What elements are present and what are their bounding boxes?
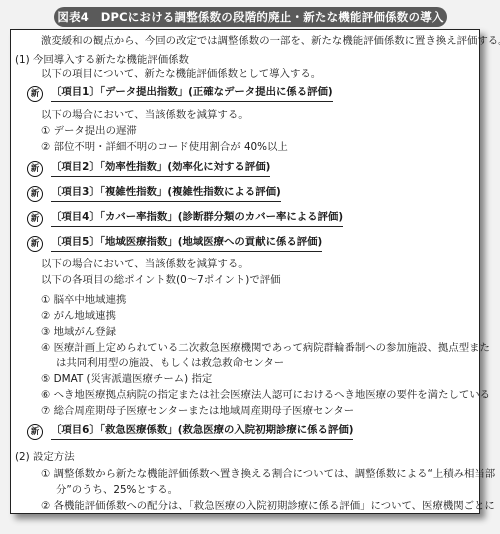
item-5-condition-5: ⑤ DMAT (災害派遣医療チーム) 指定: [41, 372, 212, 386]
item-2: 新 〔項目2〕「効率性指数」(効率化に対する評価): [27, 160, 270, 178]
new-badge-icon: 新: [27, 424, 43, 440]
item-1-condition-1: ① データ提出の遅滞: [41, 124, 137, 138]
section2-point-2: ② 各機能評価係数への配分は、「救急医療の入院初期診療に係る評価」について、医療…: [41, 499, 495, 513]
item-5-condition-1: ① 脳卒中地域連携: [41, 293, 126, 307]
item-1-condition-2: ② 部位不明・詳細不明のコード使用割合が 40%以上: [41, 140, 288, 154]
new-badge-icon: 新: [27, 161, 43, 177]
item-5-condition-3: ③ 地域がん登録: [41, 325, 116, 339]
item-5-label: 〔項目5〕「地域医療指数」(地域医療への貢献に係る評価): [51, 236, 322, 252]
section2-heading: (2) 設定方法: [15, 450, 75, 464]
item-4: 新 〔項目4〕「カバー率指数」(診断群分類のカバー率による評価): [27, 210, 343, 228]
item-2-label: 〔項目2〕「効率性指数」(効率化に対する評価): [51, 161, 270, 177]
item-3: 新 〔項目3〕「複雑性指数」(複雑性指数による評価): [27, 185, 281, 203]
item-5-note-1: 以下の場合において、当該係数を減算する。: [41, 257, 249, 271]
item-4-label: 〔項目4〕「カバー率指数」(診断群分類のカバー率による評価): [51, 211, 343, 227]
new-badge-icon: 新: [27, 236, 43, 252]
item-1-note: 以下の場合において、当該係数を減算する。: [41, 108, 249, 122]
section1-lead: 以下の項目について、新たな機能評価係数として導入する。: [41, 67, 321, 81]
section2-point-1-cont: 分”のうち、25%とする。: [56, 483, 178, 497]
item-5-condition-4: ④ 医療計画上定められている二次救急医療機関であって病院群輪番制への参加施設、拠…: [41, 341, 490, 355]
new-badge-icon: 新: [27, 211, 43, 227]
item-5-condition-7: ⑦ 総合周産期母子医療センターまたは地域周産期母子医療センター: [41, 404, 354, 418]
new-badge-icon: 新: [27, 86, 43, 102]
item-5-condition-2: ② がん地域連携: [41, 309, 116, 323]
intro-text: 激変緩和の観点から、今回の改定では調整係数の一部を、新たな機能評価係数に置き換え…: [41, 34, 500, 48]
item-5-condition-4-cont: は共同利用型の施設、もしくは救急救命センター: [56, 356, 284, 370]
item-5: 新 〔項目5〕「地域医療指数」(地域医療への貢献に係る評価): [27, 235, 322, 253]
item-1-label: 〔項目1〕「データ提出指数」(正確なデータ提出に係る評価): [51, 86, 333, 102]
item-3-label: 〔項目3〕「複雑性指数」(複雑性指数による評価): [51, 186, 281, 202]
document-box: 激変緩和の観点から、今回の改定では調整係数の一部を、新たな機能評価係数に置き換え…: [10, 29, 480, 514]
new-badge-icon: 新: [27, 186, 43, 202]
item-5-condition-6: ⑥ へき地医療拠点病院の指定または社会医療法人認可におけるへき地医療の要件を満た…: [41, 388, 490, 402]
item-1: 新 〔項目1〕「データ提出指数」(正確なデータ提出に係る評価): [27, 85, 333, 103]
section1-heading: (1) 今回導入する新たな機能評価係数: [15, 53, 189, 67]
item-6: 新 〔項目6〕「救急医療係数」(救急医療の入院初期診療に係る評価): [27, 423, 353, 441]
figure-title: 図表4 DPCにおける調整係数の段階的廃止・新たな機能評価係数の導入: [54, 7, 447, 27]
item-6-label: 〔項目6〕「救急医療係数」(救急医療の入院初期診療に係る評価): [51, 424, 353, 440]
section2-point-1: ① 調整係数から新たな機能評価係数へ置き換える割合については、調整係数による“上…: [41, 467, 495, 481]
item-5-note-2: 以下の各項目の総ポイント数(0～7ポイント)で評価: [41, 273, 281, 287]
